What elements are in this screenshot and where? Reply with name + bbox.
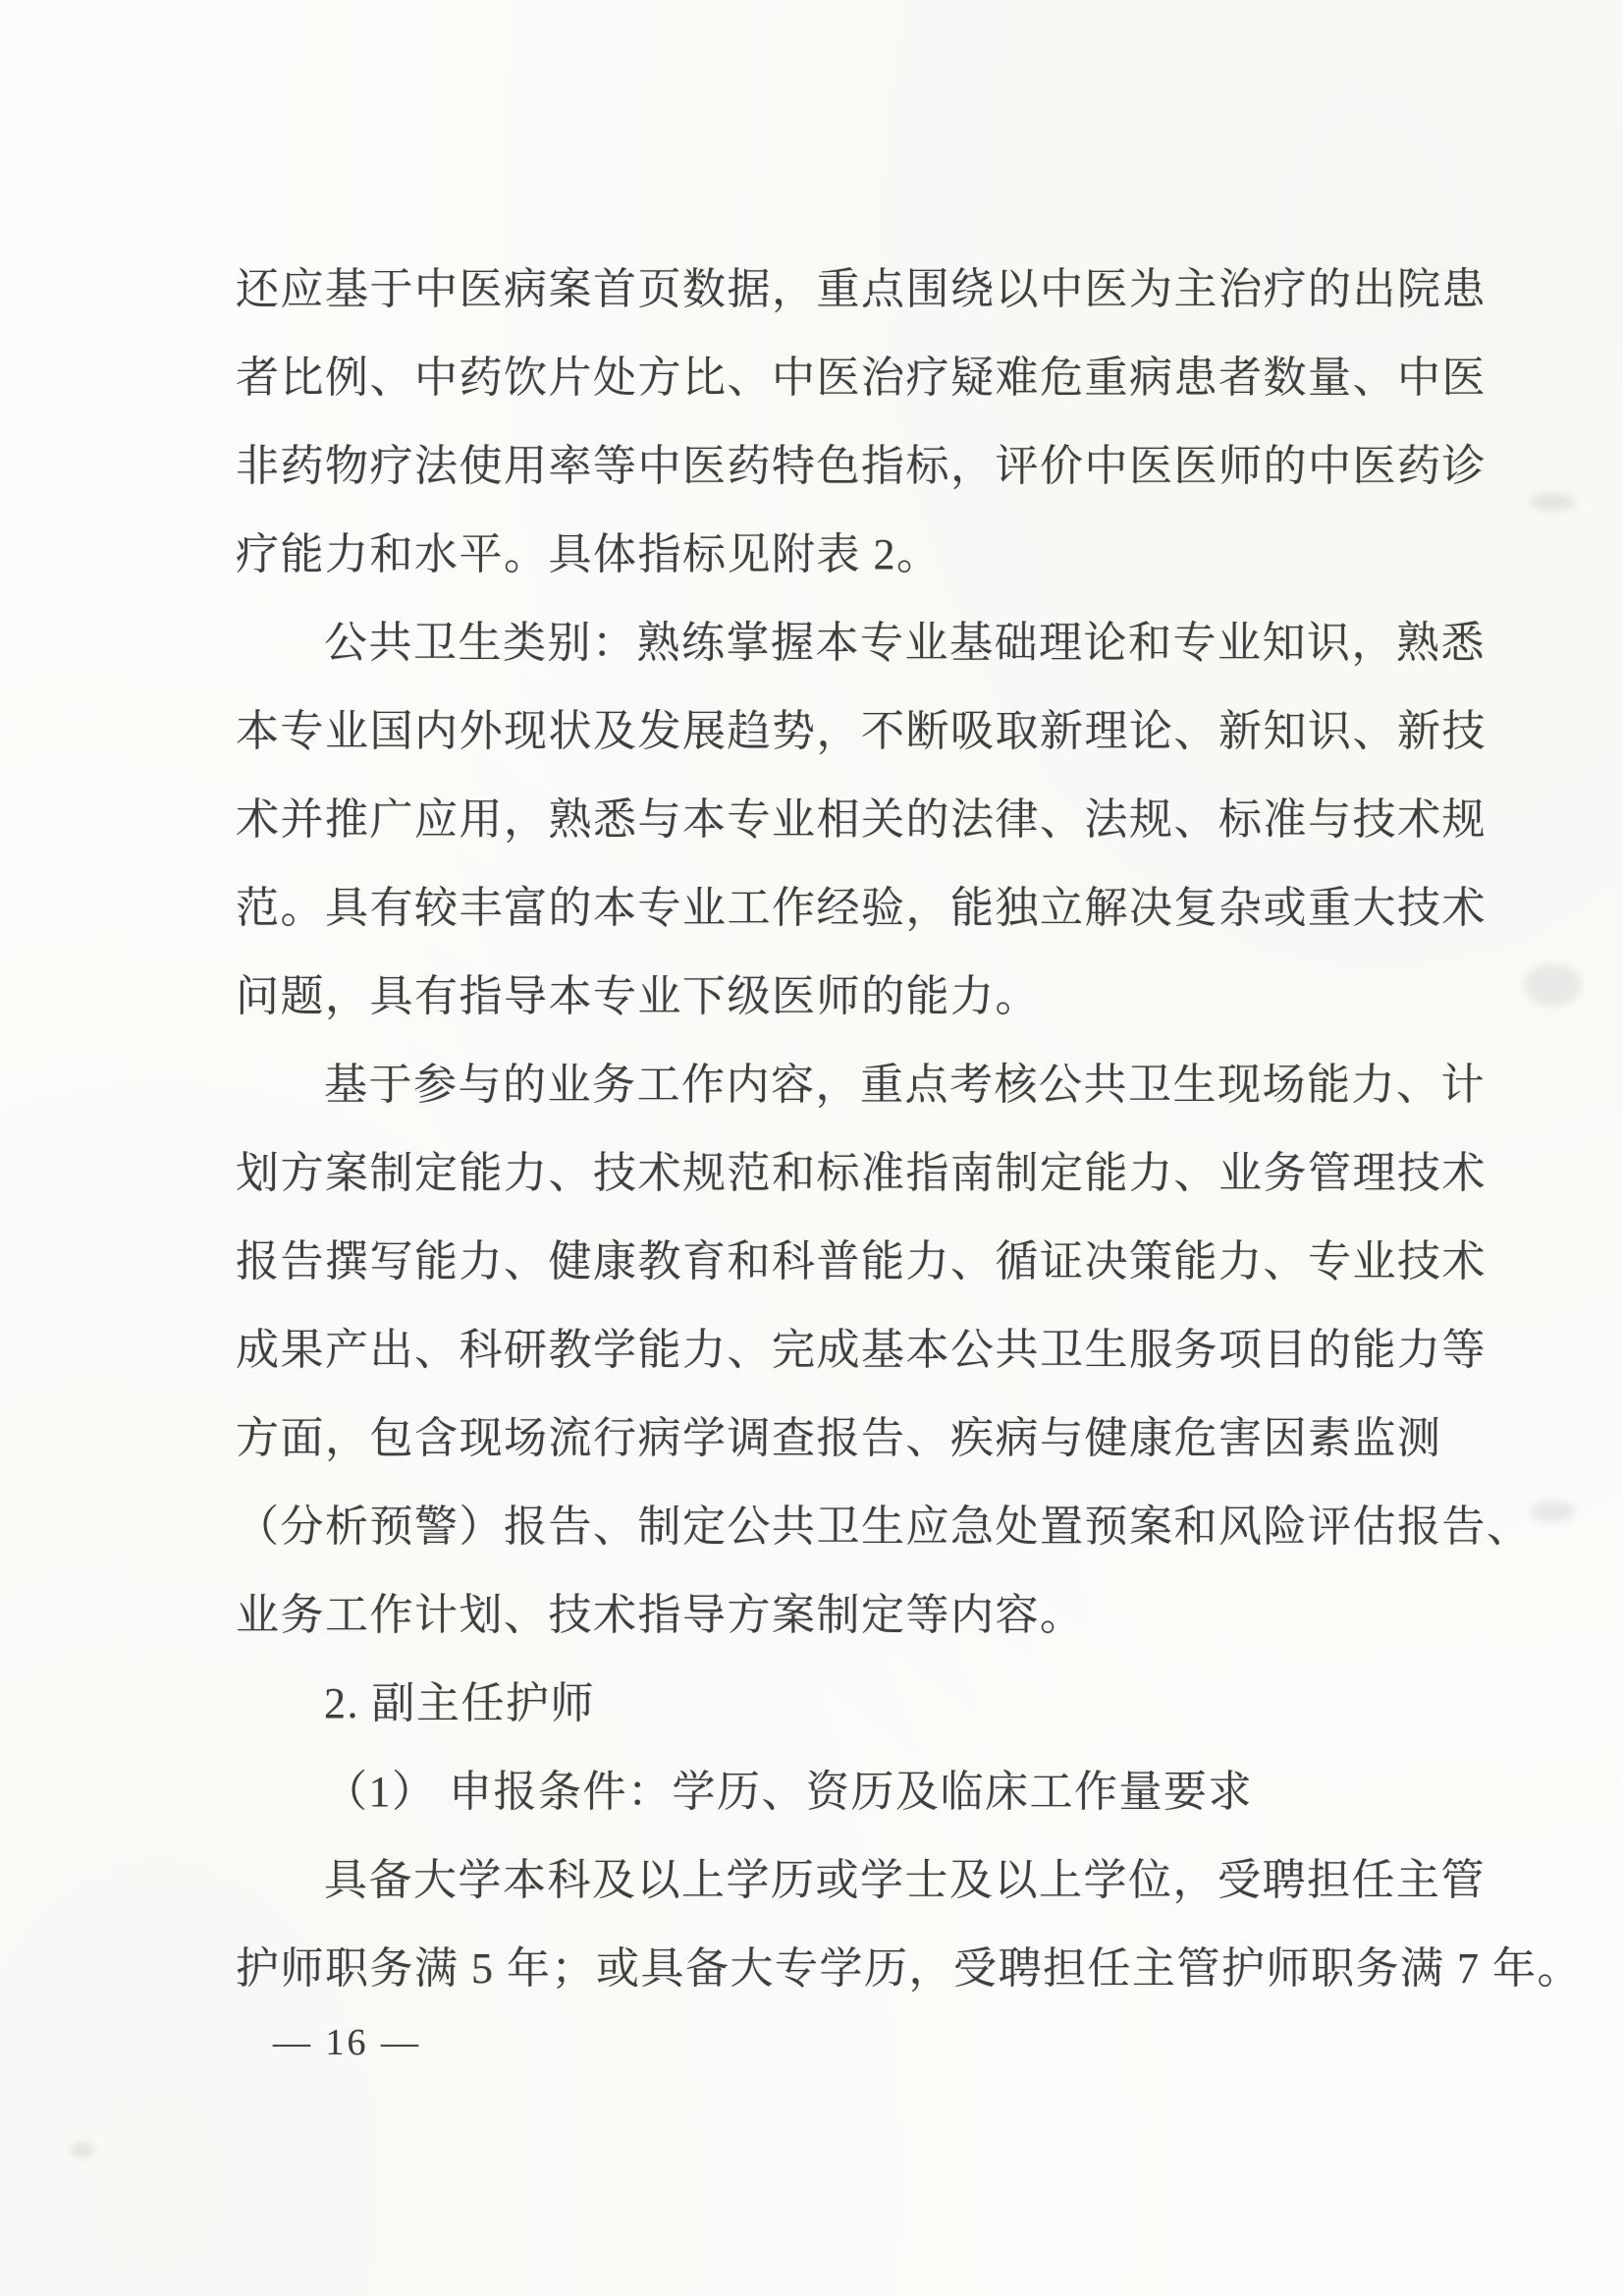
text-line: 基于参与的业务工作内容，重点考核公共卫生现场能力、计 [236,1041,1532,1129]
text-line: 本专业国内外现状及发展趋势，不断吸取新理论、新知识、新技 [236,687,1532,776]
page-number: — 16 — [273,2011,421,2074]
section-heading: 2. 副主任护师 [236,1660,1532,1748]
subsection-heading: （1） 申报条件：学历、资历及临床工作量要求 [236,1748,1532,1836]
text-line: 范。具有较丰富的本专业工作经验，能独立解决复杂或重大技术 [236,864,1532,953]
text-line: 成果产出、科研教学能力、完成基本公共卫生服务项目的能力等 [236,1306,1532,1394]
text-line: 者比例、中药饮片处方比、中医治疗疑难危重病患者数量、中医 [236,334,1532,422]
text-line: 方面，包含现场流行病学调查报告、疾病与健康危害因素监测 [236,1394,1532,1483]
text-line: 疗能力和水平。具体指标见附表 2。 [236,511,1532,599]
text-line: 报告撰写能力、健康教育和科普能力、循证决策能力、专业技术 [236,1218,1532,1306]
text-line: 具备大学本科及以上学历或学士及以上学位，受聘担任主管 [236,1836,1532,1925]
text-line: 问题，具有指导本专业下级医师的能力。 [236,953,1532,1041]
text-line: 术并推广应用，熟悉与本专业相关的法律、法规、标准与技术规 [236,776,1532,864]
text-line: 还应基于中医病案首页数据，重点围绕以中医为主治疗的出院患 [236,246,1532,334]
text-line: 业务工作计划、技术指导方案制定等内容。 [236,1571,1532,1660]
text-line: （分析预警）报告、制定公共卫生应急处置预案和风险评估报告、 [236,1483,1532,1571]
text-line: 划方案制定能力、技术规范和标准指南制定能力、业务管理技术 [236,1129,1532,1218]
text-line: 护师职务满 5 年；或具备大专学历，受聘担任主管护师职务满 7 年。 [236,1925,1532,2013]
document-body: 还应基于中医病案首页数据，重点围绕以中医为主治疗的出院患 者比例、中药饮片处方比… [236,246,1532,2013]
text-line: 非药物疗法使用率等中医药特色指标，评价中医医师的中医药诊 [236,422,1532,511]
text-line: 公共卫生类别：熟练掌握本专业基础理论和专业知识，熟悉 [236,599,1532,687]
